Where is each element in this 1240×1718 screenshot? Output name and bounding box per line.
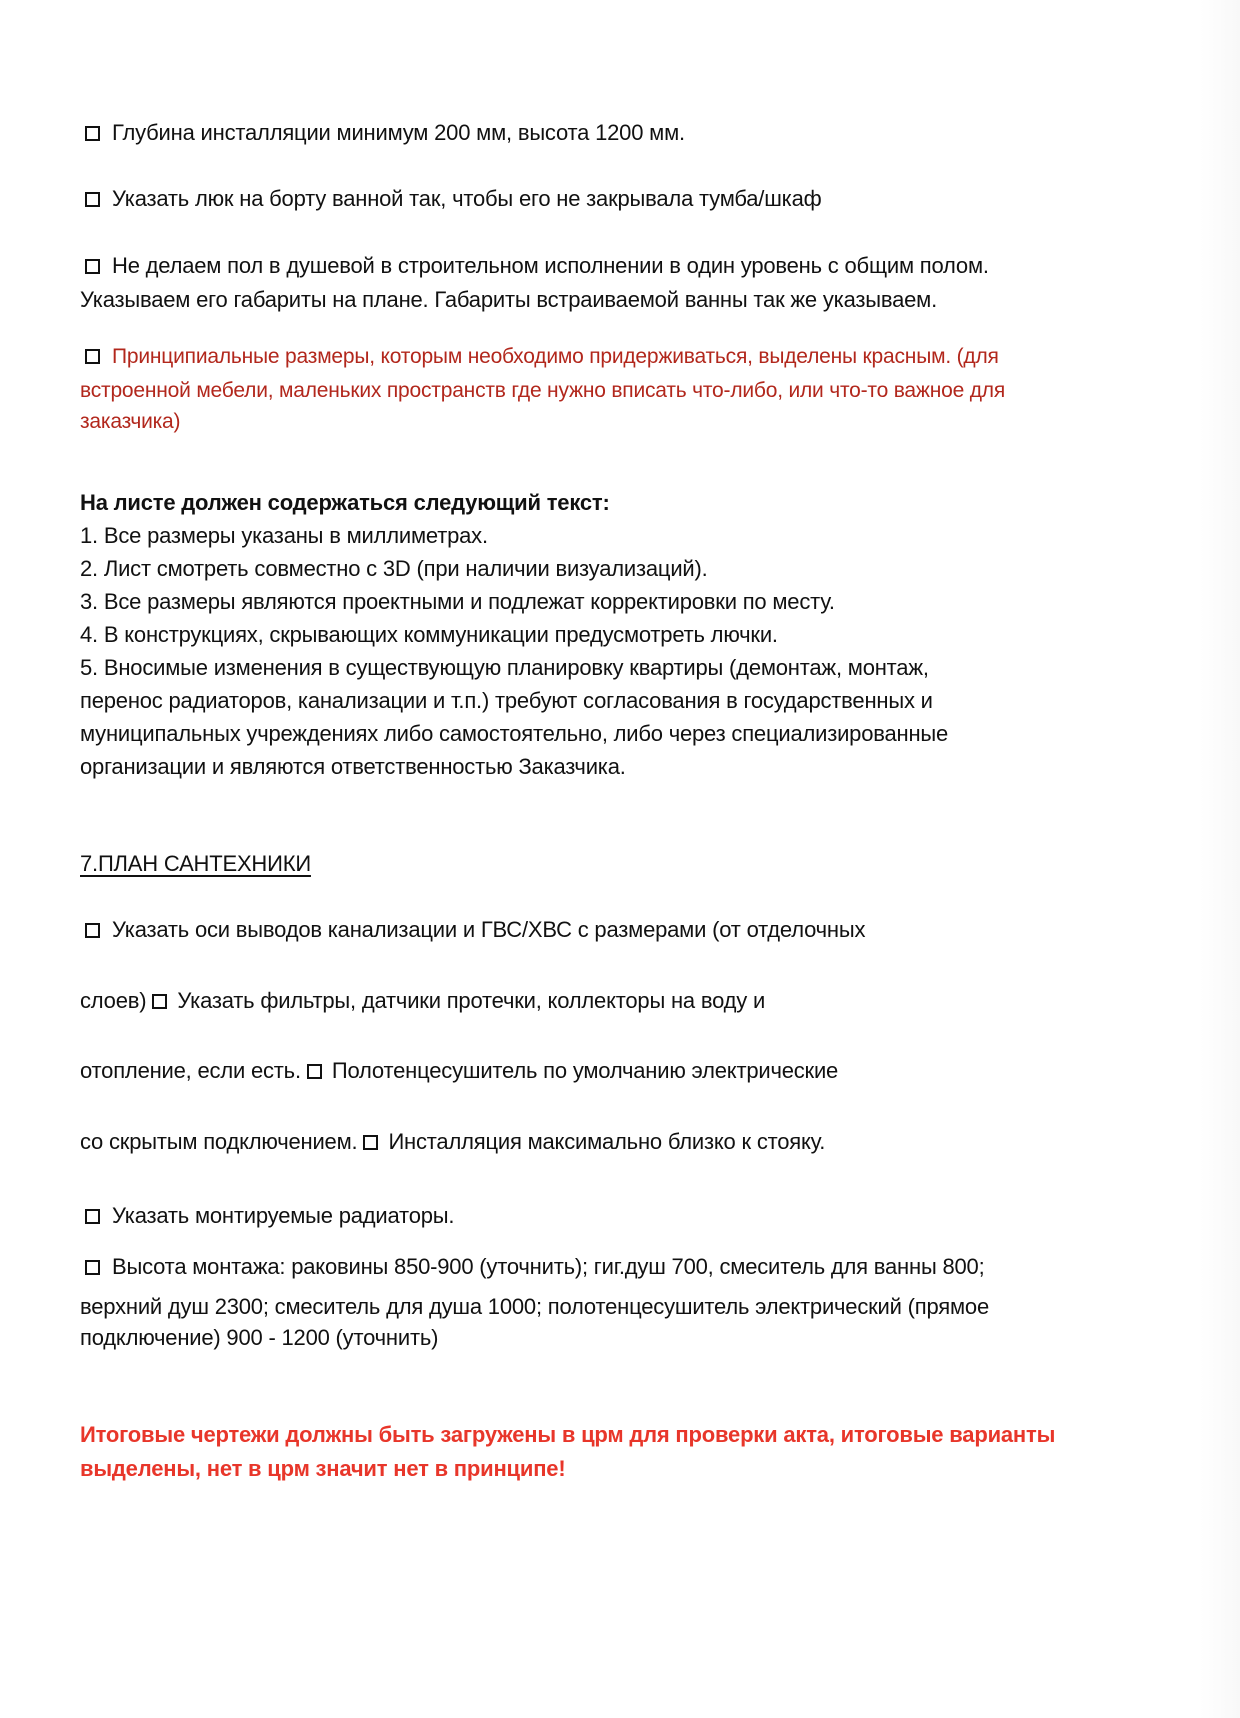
section-heading-plumbing: 7.ПЛАН САНТЕХНИКИ: [80, 847, 311, 881]
plumbing-flow-line: слоев)Указать фильтры, датчики протечки,…: [80, 984, 765, 1018]
checkbox-icon[interactable]: [85, 259, 100, 274]
sheet-text-line: 5. Вносимые изменения в существующую пла…: [80, 651, 948, 684]
checkbox-icon[interactable]: [85, 1209, 100, 1224]
plumbing-flow-line: со скрытым подключением.Инсталляция макс…: [80, 1125, 825, 1159]
item-text: со скрытым подключением.: [80, 1129, 357, 1154]
item-text: заказчика): [80, 410, 180, 433]
checklist-item-mount-heights-cont: верхний душ 2300; смеситель для душа 100…: [80, 1290, 989, 1324]
checkbox-icon[interactable]: [307, 1064, 322, 1079]
checklist-item-principal-sizes-cont2: заказчика): [80, 405, 180, 439]
item-text: Принципиальные размеры, которым необходи…: [112, 345, 999, 368]
item-text: Указать монтируемые радиаторы.: [112, 1203, 454, 1228]
item-text: Указать фильтры, датчики протечки, колле…: [177, 988, 765, 1013]
checklist-item-mount-heights: Высота монтажа: раковины 850-900 (уточни…: [82, 1250, 985, 1284]
checkbox-icon[interactable]: [85, 192, 100, 207]
checklist-item-principal-sizes-cont: встроенной мебели, маленьких пространств…: [80, 374, 1005, 408]
sheet-text-line: организации и являются ответственностью …: [80, 750, 948, 783]
checklist-item-shower-floor-cont: Указываем его габариты на плане. Габарит…: [80, 283, 937, 317]
sheet-text-line: муниципальных учреждениях либо самостоят…: [80, 717, 948, 750]
item-text: подключение) 900 - 1200 (уточнить): [80, 1325, 438, 1350]
sheet-text-line: перенос радиаторов, канализации и т.п.) …: [80, 684, 948, 717]
final-warning-line: выделены, нет в црм значит нет в принцип…: [80, 1452, 565, 1486]
item-text: верхний душ 2300; смеситель для душа 100…: [80, 1294, 989, 1319]
plumbing-flow-line: Указать оси выводов канализации и ГВС/ХВ…: [82, 913, 865, 947]
item-text: Высота монтажа: раковины 850-900 (уточни…: [112, 1254, 985, 1279]
checklist-item-mount-heights-cont2: подключение) 900 - 1200 (уточнить): [80, 1321, 438, 1355]
item-text: Инсталляция максимально близко к стояку.: [388, 1129, 825, 1154]
item-text: слоев): [80, 988, 146, 1013]
item-text: Полотенцесушитель по умолчанию электриче…: [332, 1058, 838, 1083]
item-text: Указываем его габариты на плане. Габарит…: [80, 287, 937, 312]
page-edge-shadow: [1200, 0, 1240, 1718]
item-text: Указать люк на борту ванной так, чтобы е…: [112, 186, 822, 211]
item-text: встроенной мебели, маленьких пространств…: [80, 379, 1005, 402]
checkbox-icon[interactable]: [152, 994, 167, 1009]
sheet-text-line: 3. Все размеры являются проектными и под…: [80, 585, 948, 618]
checklist-item-shower-floor: Не делаем пол в душевой в строительном и…: [82, 249, 989, 283]
checkbox-icon[interactable]: [85, 349, 100, 364]
sheet-text-block: На листе должен содержаться следующий те…: [80, 486, 948, 783]
checklist-item-principal-sizes: Принципиальные размеры, которым необходи…: [82, 340, 999, 374]
item-text: отопление, если есть.: [80, 1058, 301, 1083]
item-text: Не делаем пол в душевой в строительном и…: [112, 253, 989, 278]
sheet-text-line: 1. Все размеры указаны в миллиметрах.: [80, 519, 948, 552]
sheet-text-heading: На листе должен содержаться следующий те…: [80, 486, 948, 519]
final-warning-line: Итоговые чертежи должны быть загружены в…: [80, 1418, 1055, 1452]
checklist-item-bath-hatch: Указать люк на борту ванной так, чтобы е…: [82, 182, 822, 216]
plumbing-flow-line: отопление, если есть.Полотенцесушитель п…: [80, 1054, 838, 1088]
item-text: Указать оси выводов канализации и ГВС/ХВ…: [112, 917, 865, 942]
checklist-item-radiators: Указать монтируемые радиаторы.: [82, 1199, 454, 1233]
checkbox-icon[interactable]: [85, 126, 100, 141]
sheet-text-line: 4. В конструкциях, скрывающих коммуникац…: [80, 618, 948, 651]
checkbox-icon[interactable]: [85, 923, 100, 938]
sheet-text-line: 2. Лист смотреть совместно с 3D (при нал…: [80, 552, 948, 585]
checkbox-icon[interactable]: [85, 1260, 100, 1275]
item-text: Глубина инсталляции минимум 200 мм, высо…: [112, 120, 685, 145]
checkbox-icon[interactable]: [363, 1135, 378, 1150]
checklist-item-installation-depth: Глубина инсталляции минимум 200 мм, высо…: [82, 116, 685, 150]
